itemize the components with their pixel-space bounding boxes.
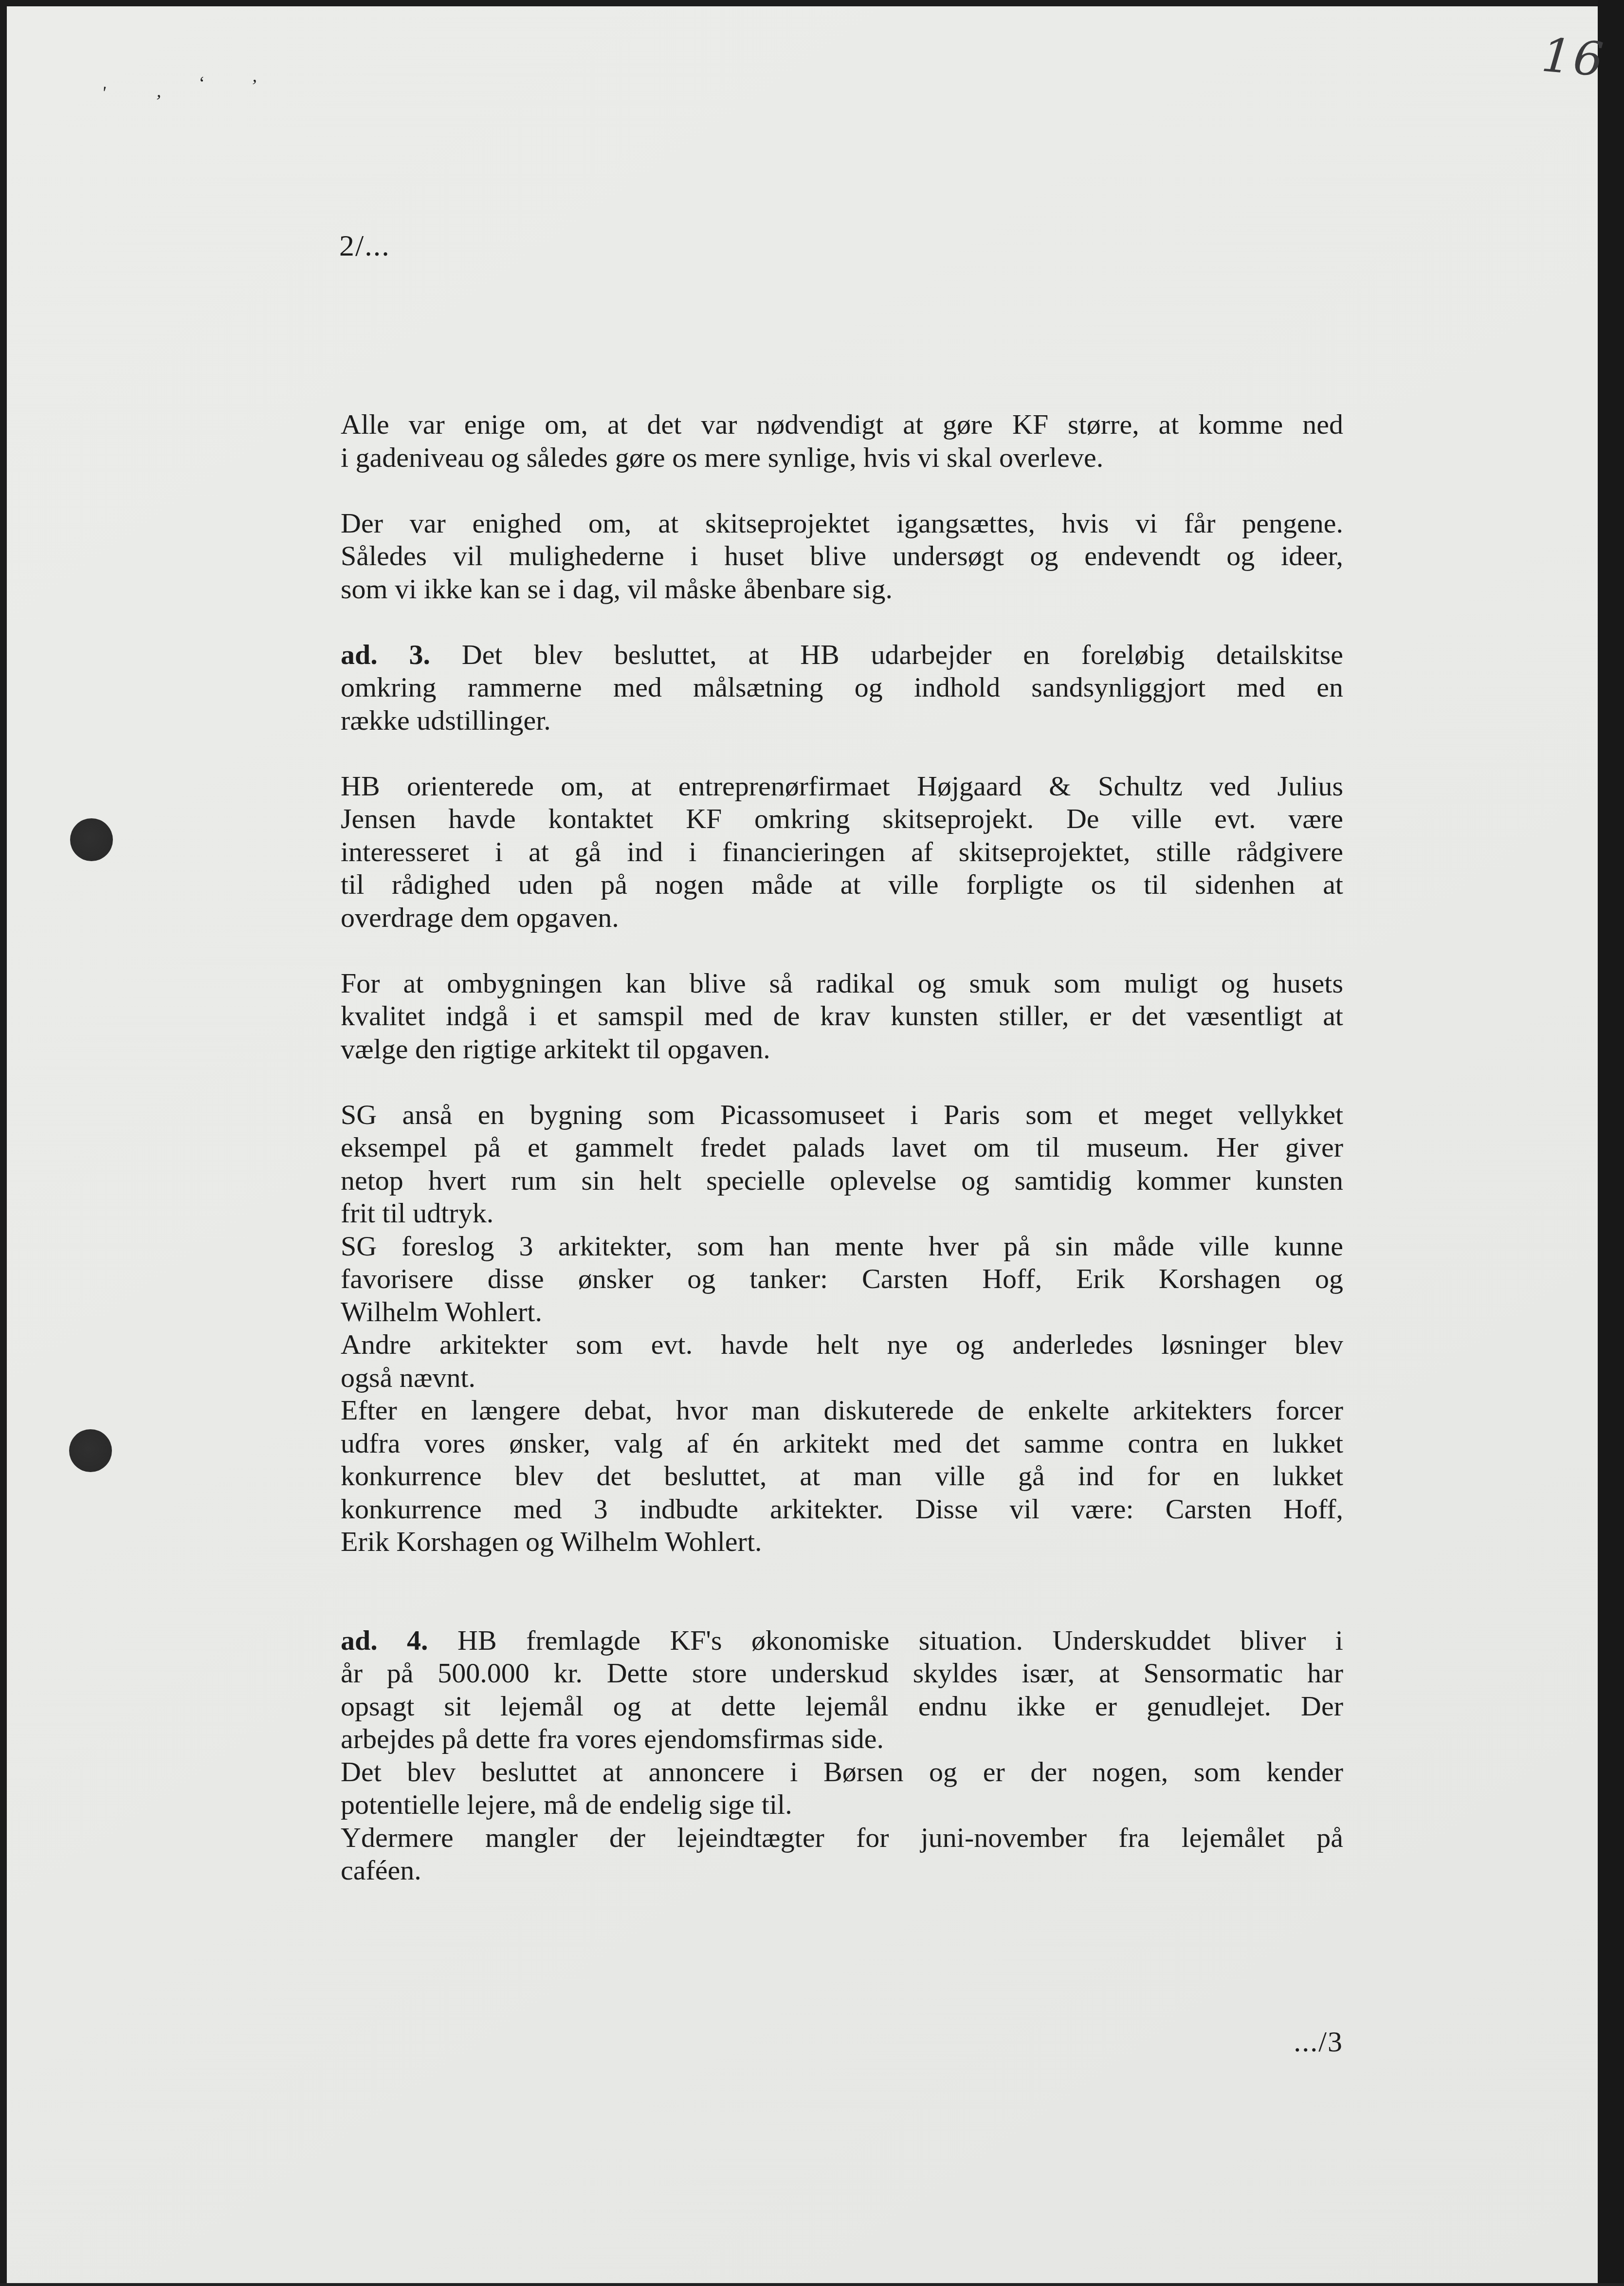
text-line: Der var enighed om, at skitseprojektet i… [341,507,1343,540]
text-line: eksempel på et gammelt fredet palads lav… [341,1131,1343,1164]
text-line: ad. 4. HB fremlagde KF's økonomiske situ… [341,1624,1343,1657]
text-line: overdrage dem opgaven. [341,901,1343,934]
paragraph-intro-agreement: Alle var enige om, at det var nødvendigt… [341,408,1343,474]
text-line: vælge den rigtige arkitekt til opgaven. [341,1032,1343,1066]
text-line: Jensen havde kontaktet KF omkring skitse… [341,802,1343,835]
text-line: caféen. [341,1854,1343,1887]
text-line: konkurrence med 3 indbudte arkitekter. D… [341,1493,1343,1526]
text-line: i gadeniveau og således gøre os mere syn… [341,441,1343,474]
paragraph-sketch-project: Der var enighed om, at skitseprojektet i… [341,507,1343,606]
text-line: favorisere disse ønsker og tanker: Carst… [341,1262,1343,1295]
text-line: arbejdes på dette fra vores ejendomsfirm… [341,1722,1343,1755]
scanned-page: ' , ‘ ’ 16 2/... Alle var enige om, at d… [0,0,1624,2286]
scan-edge-top [0,0,1624,6]
clause-label: ad. 4. [341,1624,428,1656]
text-line: ad. 3. Det blev besluttet, at HB udarbej… [341,638,1343,671]
text-line: år på 500.000 kr. Dette store underskud … [341,1657,1343,1690]
text-line: For at ombygningen kan blive så radikal … [341,967,1343,1000]
text-line: SG foreslog 3 arkitekter, som han mente … [341,1230,1343,1263]
text-line: til rådighed uden på nogen måde at ville… [341,868,1343,901]
text-line: udfra vores ønsker, valg af én arkitekt … [341,1427,1343,1460]
text-line: omkring rammerne med målsætning og indho… [341,671,1343,704]
paragraph-other-architects: Andre arkitekter som evt. havde helt nye… [341,1328,1343,1394]
text-line: Erik Korshagen og Wilhelm Wohlert. [341,1525,1343,1558]
scan-edge-left [0,0,7,2286]
stray-mark: ‘ [199,74,206,93]
text-line: række udstillinger. [341,704,1343,737]
text-line: Efter en længere debat, hvor man diskute… [341,1394,1343,1427]
text-line: som vi ikke kan se i dag, vil måske åben… [341,572,1343,606]
stray-mark: ’ [251,77,258,96]
paragraph-lejeindtaegter: Ydermere mangler der lejeindtægter for j… [341,1821,1343,1887]
text-line: netop hvert rum sin helt specielle oplev… [341,1164,1343,1197]
page-continuation-mark-bottom: .../3 [341,2025,1343,2059]
paragraph-ad-3: ad. 3. Det blev besluttet, at HB udarbej… [341,638,1343,737]
text-line: Wilhelm Wohlert. [341,1295,1343,1328]
text-line: kvalitet indgå i et samspil med de krav … [341,999,1343,1032]
text-line: interesseret i at gå ind i financieringe… [341,835,1343,868]
text-line: potentielle lejere, må de endelig sige t… [341,1788,1343,1821]
text-line: Andre arkitekter som evt. havde helt nye… [341,1328,1343,1361]
hole-punch-top [70,818,113,861]
text-line: Alle var enige om, at det var nødvendigt… [341,408,1343,441]
text-line: HB orienterede om, at entreprenørfirmaet… [341,770,1343,803]
text-line: frit til udtryk. [341,1197,1343,1230]
text-line: konkurrence blev det besluttet, at man v… [341,1459,1343,1493]
paragraph-hb-hoejgaard: HB orienterede om, at entreprenørfirmaet… [341,770,1343,934]
clause-label: ad. 3. [341,639,430,670]
text-line: Således vil mulighederne i huset blive u… [341,539,1343,572]
document-body: Alle var enige om, at det var nødvendigt… [341,408,1343,1887]
paragraph-debate: Efter en længere debat, hvor man diskute… [341,1394,1343,1558]
text-line: opsagt sit lejemål og at dette lejemål e… [341,1690,1343,1723]
paragraph-ad-4: ad. 4. HB fremlagde KF's økonomiske situ… [341,1624,1343,1755]
paragraph-sg-architects: SG foreslog 3 arkitekter, som han mente … [341,1230,1343,1328]
text-line: Det blev besluttet at annoncere i Børsen… [341,1755,1343,1788]
text-line: Ydermere mangler der lejeindtægter for j… [341,1821,1343,1854]
scan-edge-right [1598,0,1624,2286]
hole-punch-bottom [69,1429,112,1472]
handwritten-page-number: 16 [1539,28,1607,88]
paragraph-architect-choice: For at ombygningen kan blive så radikal … [341,967,1343,1066]
text-line: også nævnt. [341,1361,1343,1394]
page-continuation-mark-top: 2/... [339,229,390,263]
text-line: SG anså en bygning som Picassomuseet i P… [341,1098,1343,1131]
paragraph-boersen: Det blev besluttet at annoncere i Børsen… [341,1755,1343,1821]
paragraph-sg-picasso: SG anså en bygning som Picassomuseet i P… [341,1098,1343,1230]
scan-edge-bottom [0,2283,1624,2286]
